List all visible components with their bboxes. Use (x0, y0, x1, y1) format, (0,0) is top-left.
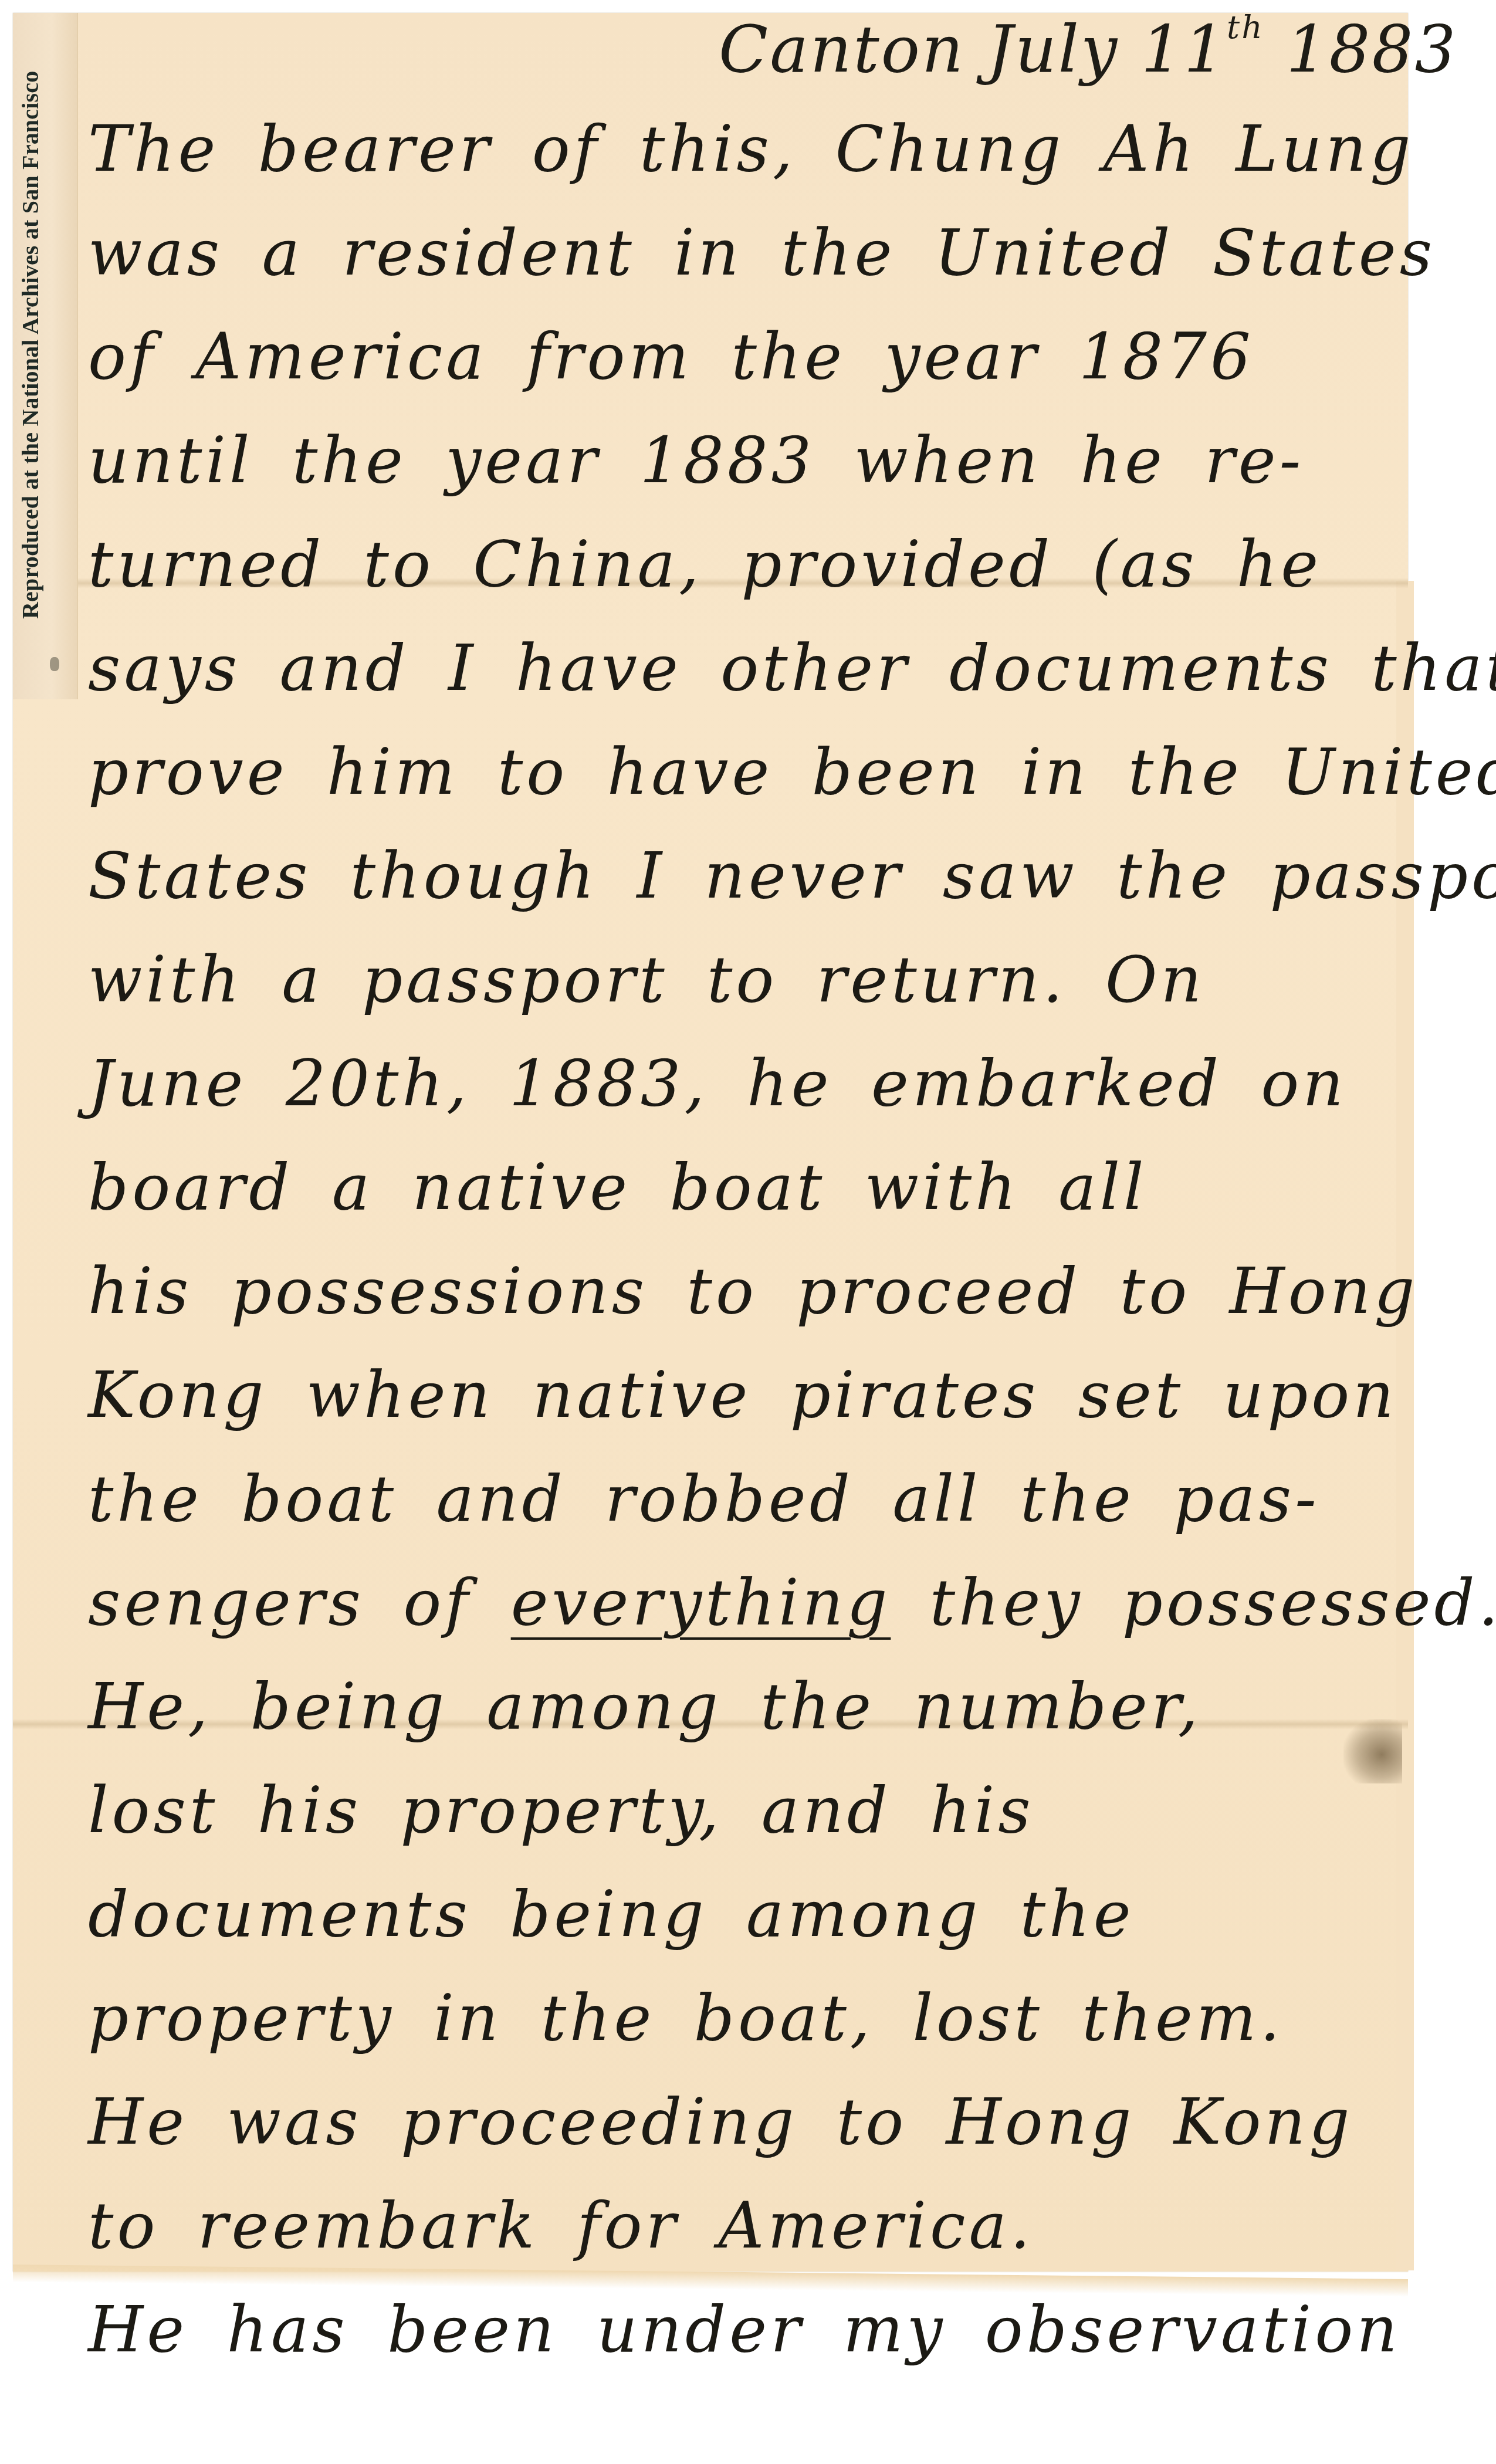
dateline-day: 11 (1141, 12, 1227, 87)
dateline-day-suffix: th (1227, 8, 1264, 46)
letter-line: the boat and robbed all the pas- (88, 1456, 1402, 1559)
letter-line: He has been under my observation (88, 2286, 1402, 2390)
letter-line: lost his property, and his (88, 1767, 1402, 1871)
letter-line: He was proceeding to Hong Kong (88, 2079, 1402, 2182)
letter-line: of America from the year 1876 (88, 313, 1402, 417)
dateline-month: July (987, 12, 1119, 87)
letter-line: his possessions to proceed to Hong (88, 1248, 1402, 1352)
clip-mark (50, 657, 59, 671)
letter-line: The bearer of this, Chung Ah Lung (88, 106, 1402, 209)
letter-line-with-underline: sengers of everything they possessed. (88, 1559, 1402, 1663)
letter-line: says and I have other documents that (88, 625, 1402, 729)
letter-body: The bearer of this, Chung Ah Lung was a … (88, 106, 1402, 2390)
letter-line: documents being among the (88, 1871, 1402, 1975)
letter-line: States though I never saw the passport) (88, 832, 1402, 936)
dateline-place: Canton (719, 12, 965, 87)
letter-line: He, being among the number, (88, 1663, 1402, 1767)
underlined-word: everything (511, 1566, 891, 1640)
letter-line: was a resident in the United States (88, 209, 1402, 313)
letter-line: until the year 1883 when he re- (88, 417, 1402, 521)
letter-line: prove him to have been in the United (88, 729, 1402, 832)
archive-stamp-text: Reproduced at the National Archives at S… (16, 71, 44, 619)
dateline-year: 1883 (1287, 12, 1458, 87)
letter-line: Kong when native pirates set upon (88, 1352, 1402, 1456)
letter-line: June 20th, 1883, he embarked on (88, 1040, 1402, 1144)
letter-line: turned to China, provided (as he (88, 521, 1402, 625)
letter-line: to reembark for America. (88, 2182, 1402, 2286)
dateline: Canton July 11th 1883 (719, 12, 1458, 87)
letter-line: with a passport to return. On (88, 936, 1402, 1040)
letter-line: board a native boat with all (88, 1144, 1402, 1248)
letter-line: property in the boat, lost them. (88, 1975, 1402, 2079)
